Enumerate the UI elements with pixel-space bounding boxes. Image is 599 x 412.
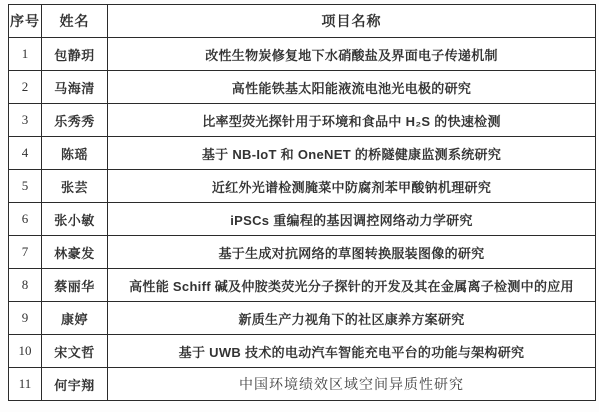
header-name: 姓名: [42, 5, 108, 38]
cell-person-name: 马海清: [42, 71, 108, 104]
cell-person-name: 乐秀秀: [42, 104, 108, 137]
table-row: 3乐秀秀比率型荧光探针用于环境和食品中 H₂S 的快速检测: [9, 104, 596, 137]
table-body: 1包静玥改性生物炭修复地下水硝酸盐及界面电子传递机制2马海清高性能铁基太阳能液流…: [9, 38, 596, 401]
cell-project-title: 基于生成对抗网络的草图转换服装图像的研究: [108, 236, 596, 269]
cell-serial-number: 1: [9, 38, 42, 71]
cell-project-title: 基于 NB-IoT 和 OneNET 的桥隧健康监测系统研究: [108, 137, 596, 170]
cell-person-name: 张芸: [42, 170, 108, 203]
cell-person-name: 何宇翔: [42, 368, 108, 401]
header-no: 序号: [9, 5, 42, 38]
cell-project-title: 高性能 Schiff 碱及仲胺类荧光分子探针的开发及其在金属离子检测中的应用: [108, 269, 596, 302]
cell-person-name: 康婷: [42, 302, 108, 335]
cell-project-title: iPSCs 重编程的基因调控网络动力学研究: [108, 203, 596, 236]
document-page: 序号 姓名 项目名称 1包静玥改性生物炭修复地下水硝酸盐及界面电子传递机制2马海…: [0, 0, 599, 412]
cell-serial-number: 2: [9, 71, 42, 104]
table-row: 9康婷新质生产力视角下的社区康养方案研究: [9, 302, 596, 335]
table-row: 8蔡丽华高性能 Schiff 碱及仲胺类荧光分子探针的开发及其在金属离子检测中的…: [9, 269, 596, 302]
cell-person-name: 包静玥: [42, 38, 108, 71]
cell-project-title: 改性生物炭修复地下水硝酸盐及界面电子传递机制: [108, 38, 596, 71]
cell-person-name: 宋文哲: [42, 335, 108, 368]
cell-serial-number: 4: [9, 137, 42, 170]
cell-project-title: 基于 UWB 技术的电动汽车智能充电平台的功能与架构研究: [108, 335, 596, 368]
cell-person-name: 陈瑶: [42, 137, 108, 170]
table-row: 6张小敏iPSCs 重编程的基因调控网络动力学研究: [9, 203, 596, 236]
table-row: 7林豪发基于生成对抗网络的草图转换服装图像的研究: [9, 236, 596, 269]
cell-serial-number: 8: [9, 269, 42, 302]
table-row: 10宋文哲基于 UWB 技术的电动汽车智能充电平台的功能与架构研究: [9, 335, 596, 368]
cell-person-name: 张小敏: [42, 203, 108, 236]
table-row: 2马海清高性能铁基太阳能液流电池光电极的研究: [9, 71, 596, 104]
table-row: 11何宇翔中国环境绩效区域空间异质性研究: [9, 368, 596, 401]
header-row: 序号 姓名 项目名称: [9, 5, 596, 38]
header-project: 项目名称: [108, 5, 596, 38]
cell-serial-number: 3: [9, 104, 42, 137]
table-row: 4陈瑶基于 NB-IoT 和 OneNET 的桥隧健康监测系统研究: [9, 137, 596, 170]
cell-serial-number: 9: [9, 302, 42, 335]
cell-serial-number: 5: [9, 170, 42, 203]
cell-project-title: 高性能铁基太阳能液流电池光电极的研究: [108, 71, 596, 104]
projects-table: 序号 姓名 项目名称 1包静玥改性生物炭修复地下水硝酸盐及界面电子传递机制2马海…: [8, 4, 596, 401]
cell-serial-number: 10: [9, 335, 42, 368]
cell-project-title: 新质生产力视角下的社区康养方案研究: [108, 302, 596, 335]
cell-serial-number: 7: [9, 236, 42, 269]
cell-project-title: 中国环境绩效区域空间异质性研究: [108, 368, 596, 401]
cell-serial-number: 6: [9, 203, 42, 236]
cell-serial-number: 11: [9, 368, 42, 401]
table-row: 1包静玥改性生物炭修复地下水硝酸盐及界面电子传递机制: [9, 38, 596, 71]
cell-project-title: 比率型荧光探针用于环境和食品中 H₂S 的快速检测: [108, 104, 596, 137]
table-row: 5张芸近红外光谱检测腌菜中防腐剂苯甲酸钠机理研究: [9, 170, 596, 203]
cell-project-title: 近红外光谱检测腌菜中防腐剂苯甲酸钠机理研究: [108, 170, 596, 203]
cell-person-name: 蔡丽华: [42, 269, 108, 302]
cell-person-name: 林豪发: [42, 236, 108, 269]
